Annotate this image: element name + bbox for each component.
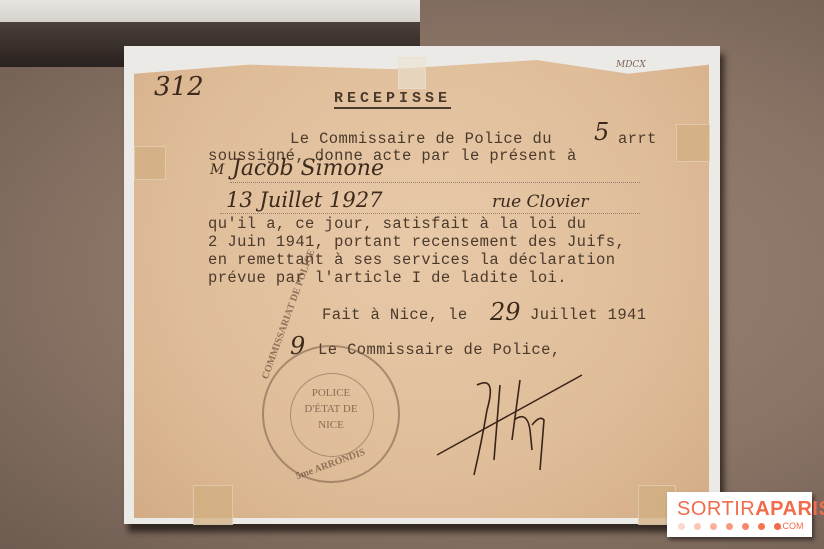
recipient-prefix: M [210, 162, 224, 178]
tape-left-upper [134, 146, 166, 180]
birth-date: 13 Juillet 1927 [226, 188, 382, 212]
corner-mark: MDCX [616, 60, 646, 70]
archive-number: 312 [154, 72, 204, 102]
signature-scrawl [432, 370, 592, 480]
adjacent-frame [0, 0, 420, 22]
stamp-inner-ring [290, 373, 374, 457]
police-stamp: POLICE D'ÉTAT DE NICE COMMISSARIAT DE PO… [262, 345, 400, 483]
line-remettant: en remettant à ses services la déclarati… [208, 251, 615, 269]
place-date-suffix: Juillet 1941 [530, 306, 646, 324]
tape-top [398, 57, 426, 89]
recipient-name: Jacob Simone [232, 156, 384, 181]
logo-dots [678, 523, 781, 530]
dotted-line-birth [220, 213, 640, 214]
sortiraparis-watermark: SORTIRAPARIS .COM [667, 492, 812, 537]
place-date-prefix: Fait à Nice, le [322, 306, 468, 324]
logo-text: SORTIRAPARIS [677, 498, 824, 521]
dotted-line-name [230, 182, 640, 183]
stamp-line-2: D'ÉTAT DE [264, 403, 398, 415]
document-title: RECEPISSE [334, 90, 451, 109]
stamp-line-1: POLICE [264, 387, 398, 399]
document-paper [134, 60, 709, 518]
line-loi: 2 Juin 1941, portant recensement des Jui… [208, 233, 625, 251]
arrondissement-number: 5 [594, 118, 609, 146]
tape-bottom-left [193, 485, 233, 525]
stamp-line-3: NICE [264, 419, 398, 431]
address: rue Clovier [492, 192, 588, 212]
line-commissaire: Le Commissaire de Police du [290, 130, 552, 148]
line-article: prévue par l'article I de ladite loi. [208, 269, 567, 287]
logo-tld: .COM [780, 521, 804, 531]
arrt-label: arrt [618, 130, 657, 148]
line-satisfait: qu'il a, ce jour, satisfait à la loi du [208, 215, 586, 233]
place-date-day: 29 [490, 298, 521, 326]
tape-right-upper [676, 124, 710, 162]
